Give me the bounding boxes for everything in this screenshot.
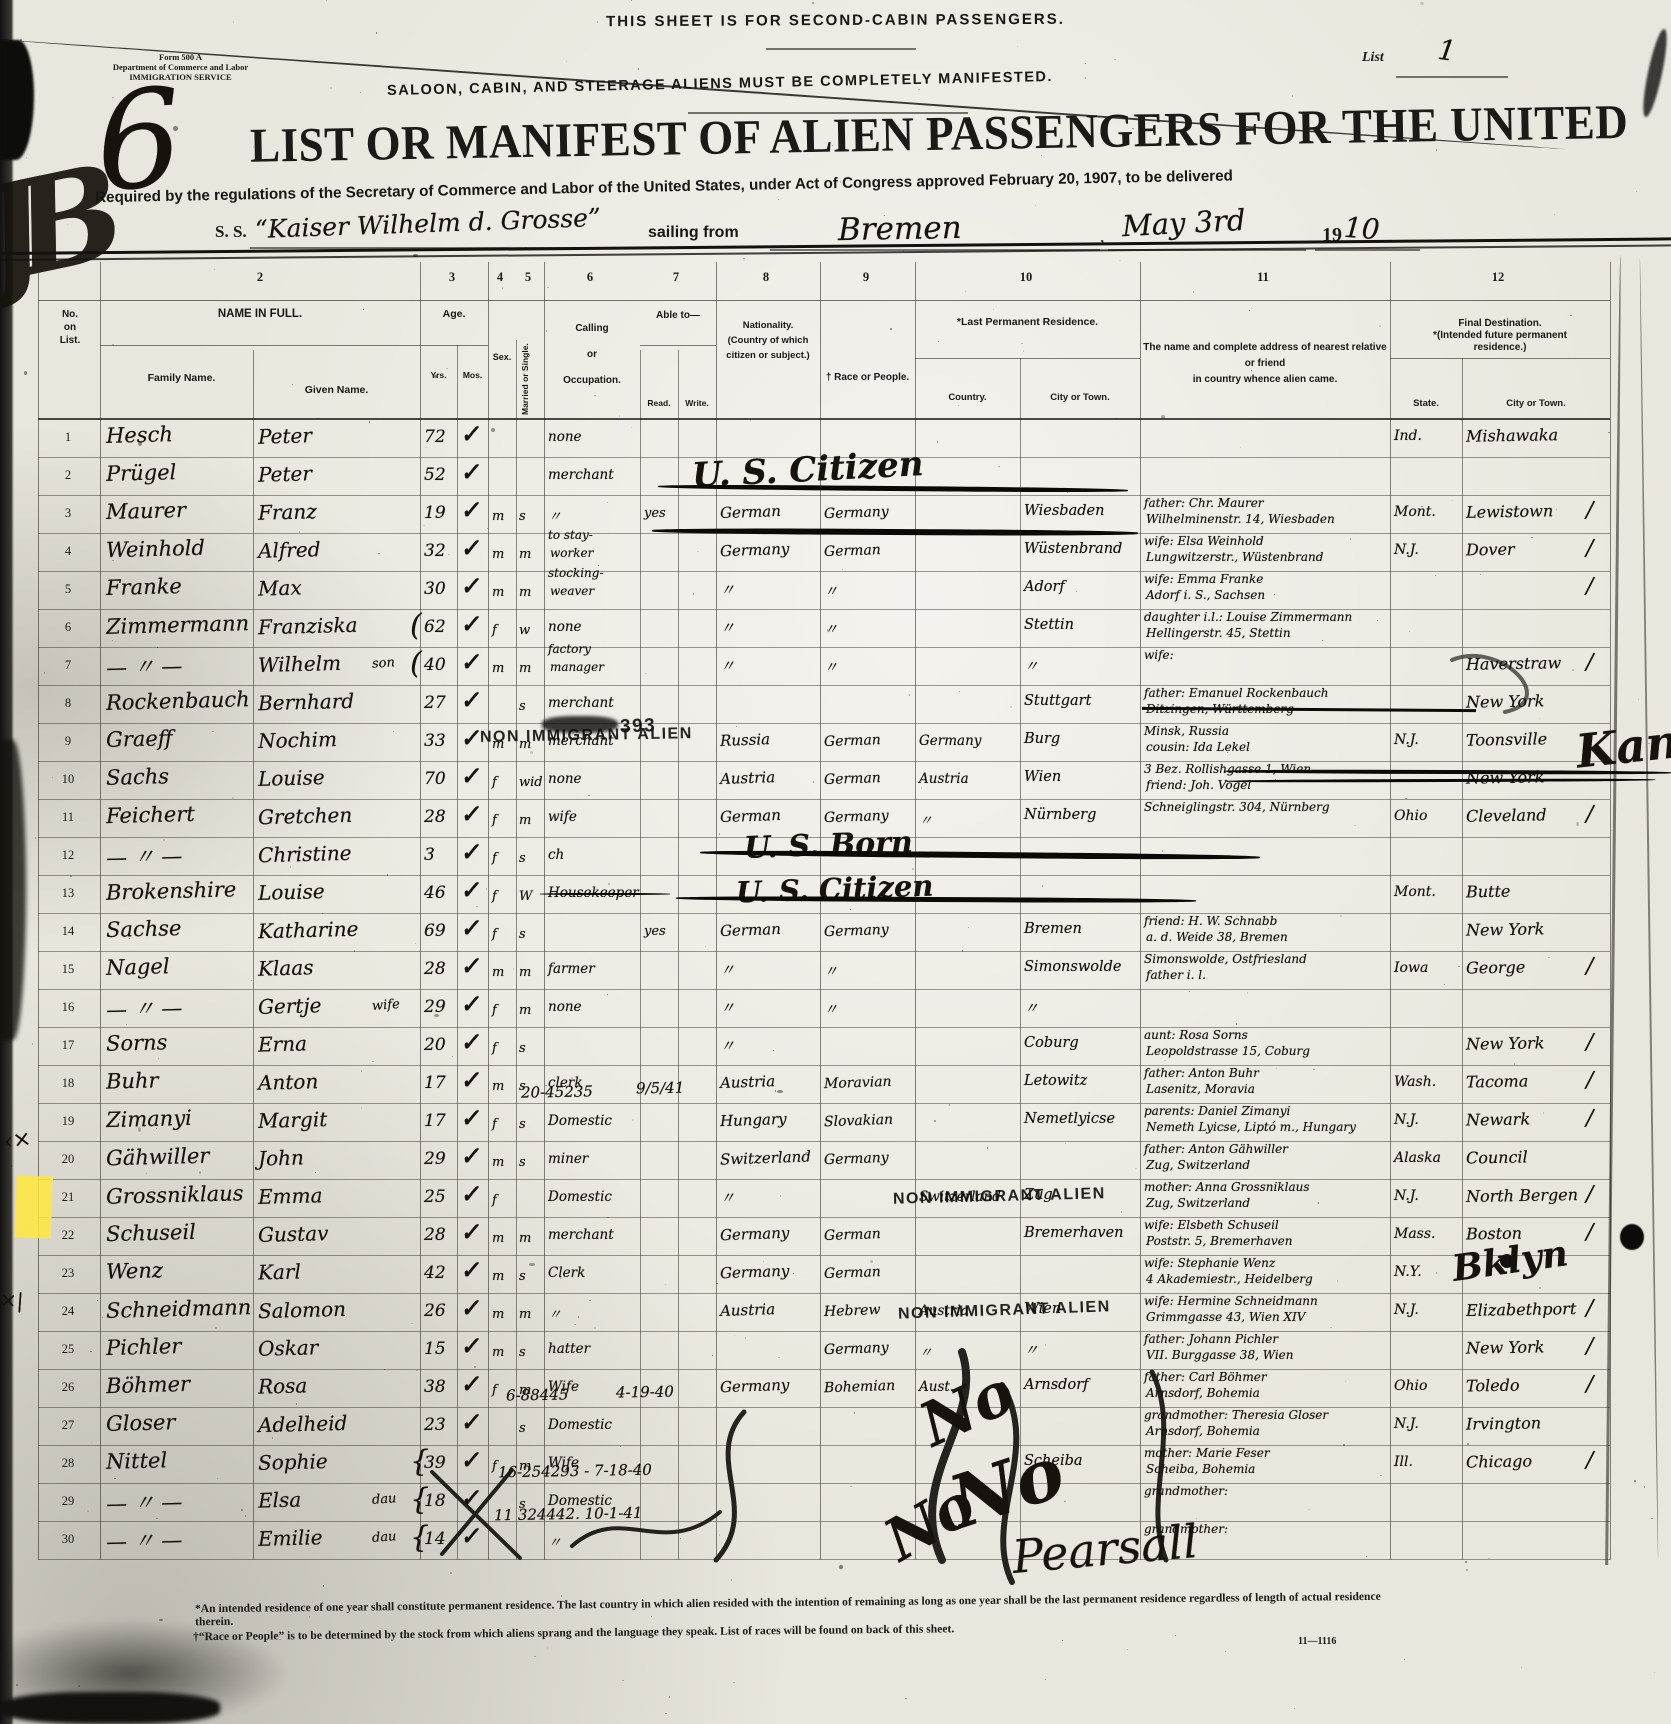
cell-destination-city: Lewistown	[1466, 501, 1554, 522]
grid-hline-sub	[420, 345, 488, 346]
paper-speck	[1292, 95, 1293, 97]
cell-relative-line2: Leopoldstrasse 15, Coburg	[1146, 1044, 1310, 1058]
cell-race: German	[824, 1264, 881, 1282]
paper-speck	[620, 1446, 621, 1447]
paper-speck	[513, 968, 514, 970]
paper-speck	[1436, 1272, 1437, 1274]
cell-race: Germany	[824, 922, 889, 940]
sailing-from-label: sailing from	[648, 224, 739, 242]
paper-speck	[112, 97, 114, 98]
cell-destination-state: N.J.	[1394, 1112, 1419, 1128]
cell-relative-line2: Hellingerstr. 45, Stettin	[1146, 626, 1291, 640]
stamp-smudge	[542, 716, 618, 733]
cell-destination-city: Haverstraw	[1466, 653, 1561, 674]
paper-speck	[1330, 1327, 1332, 1328]
cell-relative-line2: cousin: Ida Lekel	[1146, 740, 1250, 754]
paper-speck	[1247, 992, 1248, 994]
paper-speck	[1572, 669, 1574, 671]
paper-speck	[719, 1534, 720, 1536]
cell-marital-status: m	[519, 585, 531, 600]
cell-given-name: Emma	[258, 1183, 323, 1209]
paper-speck	[1076, 591, 1077, 592]
checkmark-icon: ✓	[459, 1446, 481, 1475]
cell-nationality: Austria	[720, 1300, 776, 1320]
row-line	[38, 571, 1610, 572]
strike-line	[1225, 778, 1655, 783]
paper-speck	[1045, 1344, 1046, 1346]
cell-nationality: Germany	[720, 540, 790, 560]
checkmark-icon: ✓	[459, 1218, 481, 1247]
cell-given-name: Peter	[258, 423, 312, 448]
paper-speck	[578, 1316, 579, 1318]
cell-sex: f	[492, 1459, 497, 1474]
paper-speck	[1268, 928, 1269, 929]
colhead-able-to: Able to—	[640, 310, 716, 321]
column-number: 6	[575, 270, 605, 285]
cell-family-brace: (	[410, 646, 422, 681]
paper-speck	[607, 1217, 609, 1218]
cell-residence-country: Germany	[919, 733, 981, 749]
cell-given-name: Christine	[258, 841, 352, 867]
cell-occupation: to stay-	[548, 528, 593, 542]
cell-age-years: 46	[424, 883, 446, 903]
paper-speck	[1651, 1518, 1653, 1519]
cell-relation-prefix: dau	[372, 1491, 397, 1508]
paper-speck	[1636, 191, 1637, 192]
paper-speck	[993, 309, 994, 310]
cell-given-name: Nochim	[258, 727, 338, 753]
paper-speck	[1274, 594, 1275, 595]
paper-speck	[272, 1437, 273, 1439]
cell-marital-status: s	[519, 1041, 526, 1056]
cell-sex: m	[492, 1155, 504, 1170]
cell-nationality: German	[720, 502, 781, 522]
paper-speck	[126, 1024, 127, 1025]
column-number: 4	[485, 270, 515, 285]
cell-row-number: 28	[40, 1456, 96, 1471]
paper-speck	[1379, 325, 1381, 327]
paper-speck	[1466, 1569, 1468, 1571]
tally-slash-mark: ∕	[1586, 802, 1593, 827]
paper-speck	[705, 946, 706, 947]
paper-speck	[547, 287, 549, 288]
paper-speck	[114, 1478, 116, 1479]
paper-speck	[734, 1335, 735, 1336]
paper-speck	[534, 1656, 536, 1657]
row-line	[38, 951, 1610, 952]
paper-speck	[820, 903, 821, 904]
paper-speck	[938, 341, 939, 342]
cell-given-name: Franz	[258, 499, 317, 525]
cell-marital-status: m	[519, 1307, 531, 1322]
paper-speck	[571, 1077, 573, 1079]
paper-speck	[1458, 966, 1460, 967]
cell-row-number: 4	[40, 544, 96, 559]
cell-given-name: Anton	[258, 1069, 319, 1095]
checkmark-icon: ✓	[459, 686, 481, 715]
paper-speck	[561, 1234, 563, 1236]
cell-row-number: 2	[40, 468, 96, 483]
cell-nationality: 〃	[720, 1187, 736, 1209]
cell-occupation: none	[548, 771, 582, 787]
paper-speck	[491, 428, 495, 432]
paper-speck	[529, 1263, 535, 1266]
cell-destination-city: New York	[1466, 691, 1545, 711]
cell-family-name: Gähwiller	[106, 1144, 210, 1171]
paper-speck	[716, 1283, 718, 1284]
cell-age-years: 28	[424, 1225, 446, 1245]
cell-residence-city: Arnsdorf	[1024, 1377, 1089, 1393]
paper-speck	[314, 132, 315, 134]
paper-speck	[112, 640, 113, 641]
paper-speck	[778, 199, 779, 200]
colhead-write: Write.	[678, 398, 716, 408]
cell-occupation: none	[548, 619, 582, 635]
paper-speck	[406, 84, 407, 85]
row-line	[38, 989, 1610, 990]
cell-sex: f	[492, 1117, 497, 1132]
paper-speck	[129, 938, 130, 939]
paper-speck	[813, 781, 814, 783]
cell-residence-city: 〃	[1024, 997, 1039, 1018]
cell-sex: m	[492, 1269, 504, 1284]
paper-speck	[622, 1680, 624, 1681]
paper-speck	[631, 427, 632, 428]
checkmark-icon: ✓	[459, 648, 481, 677]
cell-family-name: — 〃 —	[106, 1524, 183, 1556]
cell-sex: f	[492, 1041, 497, 1056]
cell-given-name: Gustav	[258, 1221, 329, 1247]
colhead-no: No. on List.	[44, 308, 96, 347]
tally-slash-mark: ∕	[1586, 1296, 1593, 1321]
paper-speck	[1166, 1169, 1168, 1170]
paper-speck	[1189, 991, 1190, 992]
film-edge-blob-2	[0, 740, 26, 1040]
paper-speck	[214, 269, 215, 270]
cell-destination-state: N.J.	[1394, 1416, 1419, 1432]
cell-age-years: 70	[424, 769, 446, 789]
cell-family-brace: (	[410, 608, 422, 643]
cell-given-name: John	[258, 1145, 304, 1170]
script-overlay: U. S. Citizen	[735, 869, 934, 910]
paper-speck	[890, 328, 892, 330]
cell-family-name: Rockenbauch	[106, 687, 250, 715]
cell-destination-state: Ohio	[1394, 1378, 1427, 1394]
cell-sex: m	[492, 509, 504, 524]
paper-speck	[1528, 1122, 1530, 1124]
paper-speck	[1465, 1561, 1467, 1563]
paper-speck	[315, 1172, 316, 1173]
cell-nationality: 〃	[720, 617, 736, 639]
paper-speck	[1119, 260, 1121, 261]
cell-occupation: miner	[548, 1151, 588, 1167]
cell-destination-state: Mont.	[1394, 504, 1436, 520]
paper-speck	[1343, 1444, 1345, 1446]
paper-speck	[588, 795, 590, 796]
paper-speck	[712, 1355, 713, 1356]
checkmark-icon: ✓	[459, 1256, 481, 1285]
cell-destination-city: Chicago	[1466, 1451, 1532, 1471]
paper-speck	[998, 466, 1000, 467]
tally-slash-mark: ∕	[1586, 1182, 1593, 1207]
colhead-yrs: Yrs.	[420, 370, 457, 380]
paper-speck	[1193, 291, 1194, 293]
tally-slash-mark: ∕	[1586, 574, 1593, 599]
cell-family-name: — 〃 —	[106, 992, 183, 1024]
cell-given-name: Karl	[258, 1259, 301, 1284]
cell-relative-line1: wife: Emma Franke	[1144, 572, 1263, 586]
paper-speck	[839, 1565, 843, 1569]
paper-speck	[1340, 915, 1342, 917]
checkmark-icon: ✓	[459, 990, 481, 1019]
rubber-stamp: 393	[620, 715, 657, 738]
reentry-annotation: 4-19-40	[616, 1382, 674, 1401]
cell-residence-city: Bremerhaven	[1024, 1225, 1124, 1241]
cell-nationality: 〃	[720, 579, 736, 601]
row-line	[38, 799, 1610, 800]
cell-relative-line1: parents: Daniel Zimanyi	[1144, 1104, 1290, 1118]
cell-occupation: merchant	[548, 695, 614, 711]
year-underline	[1315, 249, 1420, 251]
paper-speck	[1634, 1480, 1636, 1482]
list-number: 1	[1436, 33, 1458, 68]
cell-age-years: 32	[424, 541, 446, 561]
tally-slash-mark: ∕	[1586, 1030, 1593, 1055]
cell-destination-state: N.J.	[1394, 1188, 1419, 1204]
cell-relative-line2: Grimmgasse 43, Wien XIV	[1146, 1310, 1305, 1324]
cell-residence-city: Nemetlyicse	[1024, 1111, 1115, 1127]
paper-speck	[20, 39, 22, 41]
cell-row-number: 20	[40, 1152, 96, 1167]
cell-sex: f	[492, 775, 497, 790]
scan-strip-bottom	[0, 1692, 220, 1724]
paper-speck	[697, 551, 699, 552]
checkmark-icon: ✓	[459, 1408, 481, 1437]
cell-marital-status: m	[519, 547, 531, 562]
cell-row-number: 1	[40, 430, 96, 445]
cell-residence-city: 〃	[1024, 655, 1039, 676]
cell-row-number: 10	[40, 772, 96, 787]
paper-speck	[949, 1104, 950, 1106]
cell-residence-city: Wien	[1024, 769, 1061, 785]
paper-speck	[1420, 2, 1424, 5]
row-line	[38, 761, 1610, 762]
cell-race: Germany	[824, 808, 889, 826]
paper-speck	[884, 215, 885, 216]
cell-destination-state: N.J.	[1394, 542, 1419, 558]
paper-speck	[1638, 699, 1639, 700]
colhead-age: Age.	[420, 308, 488, 320]
cell-marital-status: s	[519, 1269, 526, 1284]
colhead-residence: *Last Permanent Residence.	[915, 316, 1140, 328]
cell-row-number: 9	[40, 734, 96, 749]
paper-speck	[1514, 1063, 1515, 1065]
grid-hline-sub	[640, 345, 716, 346]
form-code: 11—1116	[1298, 1636, 1336, 1647]
grid-hline-sub	[915, 358, 1140, 359]
cell-row-number: 15	[40, 962, 96, 977]
cell-nationality: German	[720, 920, 781, 940]
cell-marital-status: m	[519, 965, 531, 980]
cell-destination-state: Iowa	[1394, 960, 1428, 976]
script-overlay: Kans	[1574, 711, 1671, 778]
paper-speck	[52, 777, 53, 778]
cell-marital-status: m	[519, 661, 531, 676]
cell-age-years: 28	[424, 959, 446, 979]
checkmark-icon: ✓	[459, 724, 481, 753]
cell-family-name: Schneidmann	[106, 1295, 252, 1323]
paper-speck	[1435, 575, 1436, 576]
cell-given-name: Sophie	[258, 1449, 328, 1475]
cell-residence-city: Burg	[1024, 731, 1060, 747]
cell-race: 〃	[824, 619, 839, 639]
cell-race: 〃	[824, 999, 839, 1019]
paper-speck	[968, 927, 969, 928]
cell-occupation: Clerk	[548, 1265, 585, 1281]
paper-speck	[448, 554, 450, 555]
paper-speck	[651, 1616, 652, 1617]
cell-nationality: Hungary	[720, 1110, 787, 1130]
paper-speck	[423, 525, 425, 526]
paper-speck	[87, 1510, 89, 1512]
ship-prefix: S. S.	[215, 222, 247, 242]
cell-family-name: — 〃 —	[106, 840, 183, 872]
tally-slash-mark: ∕	[1586, 1372, 1593, 1397]
cell-family-name: Sachs	[106, 764, 170, 790]
paper-speck	[1480, 574, 1481, 575]
margin-x-mark: ‹×	[2, 1126, 32, 1155]
paper-speck	[146, 1173, 147, 1174]
cell-occupation: merchant	[548, 467, 614, 483]
cell-residence-city: Stettin	[1024, 617, 1074, 633]
cell-row-number: 26	[40, 1380, 96, 1395]
paper-speck	[680, 1538, 681, 1539]
cell-sex: f	[492, 1003, 497, 1018]
row-line	[38, 1103, 1610, 1104]
cell-family-name: Nittel	[106, 1448, 168, 1474]
cell-given-name: Franziska	[258, 613, 358, 640]
cell-given-name: Louise	[258, 765, 325, 791]
paper-speck	[116, 1462, 117, 1463]
cell-occupation: weaver	[550, 584, 594, 598]
paper-speck	[523, 153, 524, 155]
cell-sex: m	[492, 661, 504, 676]
paper-speck	[840, 181, 841, 183]
cell-race: Hebrew	[824, 1302, 881, 1320]
paper-speck	[35, 837, 36, 839]
row-line	[38, 495, 1610, 496]
cell-family-name: Schuseil	[106, 1220, 196, 1246]
paper-speck	[317, 418, 319, 419]
paper-speck	[987, 1147, 988, 1149]
column-number: 12	[1483, 270, 1513, 285]
paper-speck	[708, 25, 709, 27]
row-line	[38, 647, 1610, 648]
cell-relative-line2: 4 Akademiestr., Heidelberg	[1146, 1272, 1313, 1286]
cell-marital-status: s	[519, 1155, 526, 1170]
paper-speck	[745, 1337, 746, 1339]
cell-age-years: 30	[424, 579, 446, 599]
tally-slash-mark: ∕	[1586, 650, 1593, 675]
cell-able-read: yes	[644, 924, 666, 939]
paper-speck	[1452, 500, 1453, 501]
paper-speck	[1322, 640, 1323, 641]
paper-speck	[812, 2, 814, 4]
paper-speck	[597, 21, 598, 23]
cell-given-name: Margit	[258, 1107, 328, 1133]
cell-relative-line1: Simonswolde, Ostfriesland	[1144, 952, 1307, 966]
cell-nationality: Germany	[720, 1376, 790, 1396]
cell-relative-line2: Nemeth Lyicse, Liptó m., Hungary	[1146, 1120, 1356, 1134]
paper-speck	[378, 553, 380, 554]
cell-occupation: none	[548, 999, 582, 1015]
grid-hline	[38, 300, 1610, 301]
cell-given-name: Wilhelm	[258, 651, 342, 677]
grid-vline	[1610, 262, 1611, 1560]
cell-age-years: 17	[424, 1073, 446, 1093]
tally-slash-mark: ∕	[1586, 1448, 1593, 1473]
paper-speck	[476, 906, 478, 907]
paper-speck	[607, 502, 608, 503]
column-number: 9	[851, 270, 881, 285]
paper-speck	[665, 1713, 667, 1714]
paper-speck	[1276, 695, 1278, 696]
colhead-destination: Final Destination. *(Intended future per…	[1390, 318, 1610, 354]
paper-speck	[233, 21, 234, 23]
paper-speck	[411, 1323, 413, 1324]
paper-speck	[26, 157, 27, 159]
paper-speck	[903, 250, 904, 252]
grid-vline-sub	[1020, 358, 1021, 1560]
cell-given-name: Elsa	[258, 1487, 302, 1512]
paper-speck	[607, 994, 608, 995]
cell-relative-line1: father: Chr. Maurer	[1144, 496, 1264, 510]
cell-family-name: Graeff	[106, 726, 173, 752]
row-line	[38, 1445, 1610, 1446]
paper-speck	[905, 1698, 907, 1699]
cell-relative-line1: wife: Elsbeth Schuseil	[1144, 1218, 1279, 1232]
paper-speck	[215, 1327, 217, 1329]
paper-speck	[1380, 1475, 1382, 1476]
cell-family-name: Böhmer	[106, 1372, 191, 1398]
paper-speck	[434, 375, 437, 378]
paper-speck	[934, 1120, 936, 1122]
cell-given-name: Salomon	[258, 1297, 347, 1323]
paper-speck	[384, 1369, 385, 1370]
colhead-race: † Race or People.	[820, 372, 915, 383]
paper-speck	[416, 1370, 418, 1371]
cell-sex: m	[492, 1345, 504, 1360]
paper-speck	[1065, 1143, 1066, 1144]
paper-speck	[66, 516, 67, 517]
column-number: 10	[1011, 270, 1041, 285]
row-line	[38, 1065, 1610, 1066]
cell-relative-line1: wife: Stephanie Wenz	[1144, 1256, 1275, 1270]
paper-speck	[1470, 126, 1471, 127]
column-number: 3	[437, 270, 467, 285]
paper-speck	[44, 672, 45, 674]
paper-speck	[91, 1442, 92, 1443]
cell-relative-line1: mother: Marie Feser	[1144, 1446, 1270, 1460]
cell-nationality: 〃	[720, 655, 736, 677]
cell-given-name: Alfred	[258, 537, 321, 563]
cell-relative-line2: Arnsdorf, Bohemia	[1146, 1424, 1260, 1438]
paper-speck	[547, 1647, 548, 1649]
right-margin-curve-2	[1639, 258, 1659, 1558]
paper-speck	[1023, 350, 1024, 352]
paper-speck	[1035, 205, 1036, 206]
paper-speck	[1042, 885, 1043, 887]
